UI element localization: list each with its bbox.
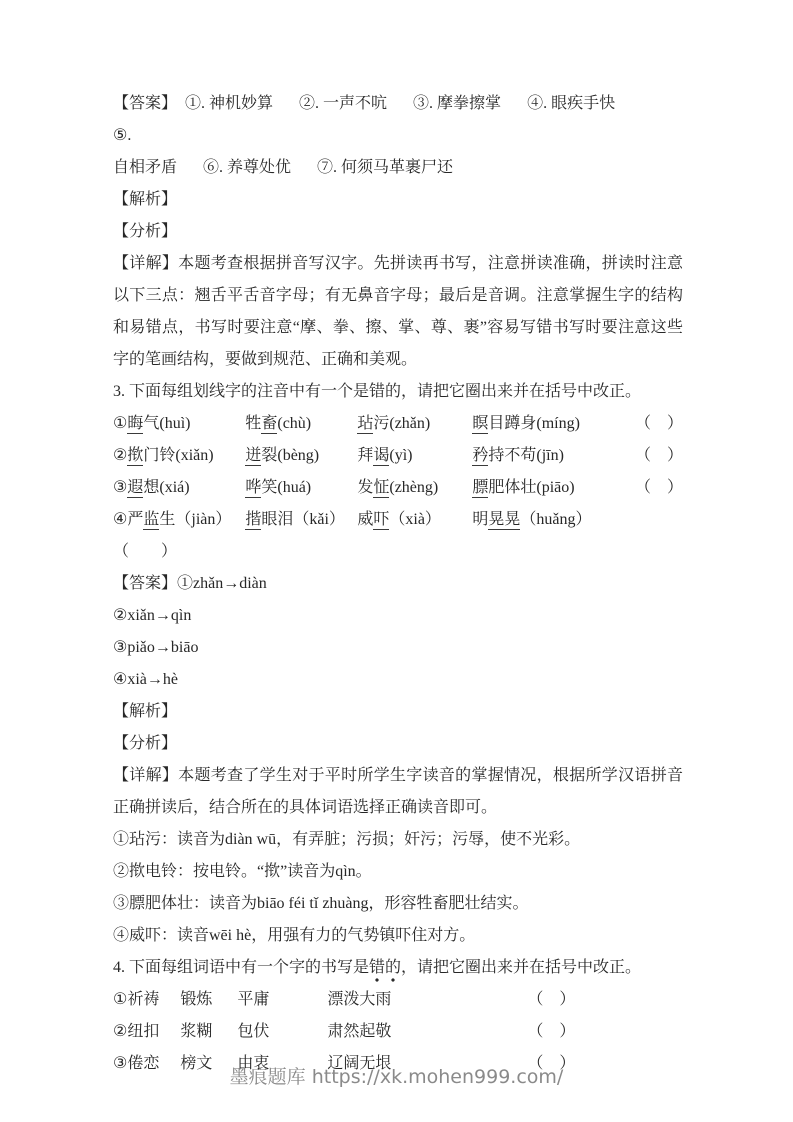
correction-brackets: （ ） [635,440,683,472]
q2-answer-line2: 自相矛盾⑥. 养尊处优⑦. 何须马革裹尸还 [113,152,683,184]
word: 漂泼大雨 [327,984,527,1016]
q3-detail-explanation: 【详解】本题考查了学生对于平时所学生字读音的掌握情况，根据所学汉语拼音正确拼读后… [113,760,683,824]
word-post: 持不苟(jīn) [488,447,564,464]
word-group: 瞑目蹲身(míng) [472,408,622,440]
word-post: （xià） [389,511,441,528]
q3-answer-line-2: ②xiǎn→qìn [113,600,683,632]
word-post: (chù) [277,415,311,432]
correction-brackets: （ ） [527,984,575,1016]
q3-explanation-3: ③膘肥体壮：读音为biāo féi tǐ zhuàng，形容牲畜肥壮结实。 [113,888,683,920]
analysis-label: 【解析】 [113,184,683,216]
q2-detail-explanation: 【详解】本题考查根据拼音写汉字。先拼读再书写，注意拼读准确，拼读时注意以下三点：… [113,248,683,376]
word-post: 笑(huá) [261,479,311,496]
word: 锻炼 [180,984,237,1016]
word-group: 迸裂(bèng) [245,440,357,472]
item-number: ③ [113,472,127,504]
item-number: ② [113,1016,127,1048]
q2-answer-line1: 【答案】①. 神机妙算②. 一声不吭③. 摩拳擦掌④. 眼疾手快⑤. [113,88,683,152]
word-pre: 威 [357,511,373,528]
item-number: ④ [113,504,127,536]
answer-item: ①. 神机妙算 [185,95,273,112]
title-text: ，请把它圈出来并在括号中改正。 [401,959,641,976]
word-group: 威吓（xià） [357,504,472,536]
watermark-footer: 墨痕题库 https://xk.mohen999.com/ [0,1062,793,1089]
q4-row-1: ①祈祷锻炼平庸漂泼大雨（ ） [113,984,683,1016]
underlined-char: 揩 [245,511,261,530]
answer-value: ①zhǎn→diàn [177,575,267,592]
underlined-char: 监 [143,511,159,530]
word-group: 哗笑(huá) [245,472,357,504]
q3-row-2: ②揿门铃(xiǎn)迸裂(bèng)拜谒(yì)矜持不苟(jīn)（ ） [113,440,683,472]
item-number: ① [113,984,127,1016]
word-post: 污(zhǎn) [373,415,430,432]
underlined-char: 遐 [127,479,143,498]
underlined-char: 晃晃 [488,511,520,530]
word-post: 生（jiàn） [159,511,231,528]
q3-answer-line-4: ④xià→hè [113,664,683,696]
q3-answer-line-1: 【答案】①zhǎn→diàn [113,568,683,600]
word-group: 发怔(zhèng) [357,472,472,504]
underlined-char: 矜 [472,447,488,466]
correction-brackets: （ ） [527,1016,575,1048]
q4-row-2: ②纽扣浆糊包伏肃然起敬（ ） [113,1016,683,1048]
word-post: (yì) [389,447,412,464]
word-post: (zhèng) [389,479,438,496]
word-group: 揩眼泪（kǎi） [245,504,357,536]
underlined-char: 玷 [357,415,373,434]
underlined-char: 谒 [373,447,389,466]
answer-item: ⑤. [113,127,131,144]
answer-label: 【答案】 [113,575,177,592]
q3-row-1: ①晦气(huì)牲畜(chù)玷污(zhǎn)瞑目蹲身(míng)（ ） [113,408,683,440]
word-group: 膘肥体壮(piāo) [472,472,622,504]
underlined-char: 揿 [127,447,143,466]
underlined-char: 瞑 [472,415,488,434]
underlined-char: 膘 [472,479,488,498]
word-group: 玷污(zhǎn) [357,408,472,440]
q3-row4-brackets: （ ） [113,536,683,568]
word-group: 牲畜(chù) [245,408,357,440]
item-number: ② [113,440,127,472]
correction-brackets: （ ） [635,408,683,440]
underlined-char: 迸 [245,447,261,466]
analysis-label: 【解析】 [113,696,683,728]
item-number: ① [113,408,127,440]
breakdown-label: 【分析】 [113,728,683,760]
q3-explanation-2: ②揿电铃：按电铃。“揿”读音为qìn。 [113,856,683,888]
word-pre: 明 [472,511,488,528]
title-text: 4. 下面每组词语中有一个字的书写是 [113,959,369,976]
word: 平庸 [237,984,327,1016]
answer-item: ③. 摩拳擦掌 [413,95,501,112]
word-group: 揿门铃(xiǎn) [127,440,245,472]
footer-link[interactable]: https://xk.mohen999.com/ [312,1066,564,1088]
underlined-char: 怔 [373,479,389,498]
word-post: 目蹲身(míng) [488,415,580,432]
underlined-char: 哗 [245,479,261,498]
answer-label: 【答案】 [113,95,177,112]
q3-explanation-4: ④威吓：读音wēi hè，用强有力的气势镇吓住对方。 [113,920,683,952]
word: 肃然起敬 [327,1016,527,1048]
word-post: 想(xiá) [143,479,189,496]
word-group: 遐想(xiá) [127,472,245,504]
word-post: 气(huì) [143,415,190,432]
q3-explanation-1: ①玷污：读音为diàn wū，有弄脏；污损；奸污；污辱，使不光彩。 [113,824,683,856]
word-post: （huǎng） [520,511,591,528]
answer-item: ④. 眼疾手快 [527,95,615,112]
underlined-char: 晦 [127,415,143,434]
word-group: 明晃晃（huǎng） [472,504,622,536]
word: 纽扣 [127,1016,180,1048]
answer-item: ⑦. 何须马革裹尸还 [317,159,453,176]
word: 包伏 [237,1016,327,1048]
question-3-title: 3. 下面每组划线字的注音中有一个是错的，请把它圈出来并在括号中改正。 [113,376,683,408]
exam-answer-sheet: 【答案】①. 神机妙算②. 一声不吭③. 摩拳擦掌④. 眼疾手快⑤. 自相矛盾⑥… [113,88,683,1080]
word-pre: 拜 [357,447,373,464]
word-group: 晦气(huì) [127,408,245,440]
word-pre: 严 [127,511,143,528]
emphasized-text: 错的 [369,959,401,982]
word-group: 拜谒(yì) [357,440,472,472]
word-group: 严监生（jiàn） [127,504,245,536]
question-4-title: 4. 下面每组词语中有一个字的书写是错的，请把它圈出来并在括号中改正。 [113,952,683,984]
word: 祈祷 [127,984,180,1016]
word-post: 眼泪（kǎi） [261,511,345,528]
word-post: 肥体壮(piāo) [488,479,574,496]
word: 浆糊 [180,1016,237,1048]
word-pre: 发 [357,479,373,496]
correction-brackets: （ ） [635,472,683,504]
q3-answer-line-3: ③piǎo→biāo [113,632,683,664]
word-group: 矜持不苟(jīn) [472,440,622,472]
answer-item: ②. 一声不吭 [299,95,387,112]
underlined-char: 吓 [373,511,389,530]
underlined-char: 畜 [261,415,277,434]
word-post: 门铃(xiǎn) [143,447,213,464]
word-pre: 牲 [245,415,261,432]
q3-row-4: ④严监生（jiàn）揩眼泪（kǎi）威吓（xià）明晃晃（huǎng） [113,504,683,536]
word-post: 裂(bèng) [261,447,319,464]
site-name: 墨痕题库 [230,1066,312,1088]
answer-item: ⑥. 养尊处优 [203,159,291,176]
breakdown-label: 【分析】 [113,216,683,248]
q3-row-3: ③遐想(xiá)哗笑(huá)发怔(zhèng)膘肥体壮(piāo)（ ） [113,472,683,504]
answer-item: 自相矛盾 [113,159,177,176]
